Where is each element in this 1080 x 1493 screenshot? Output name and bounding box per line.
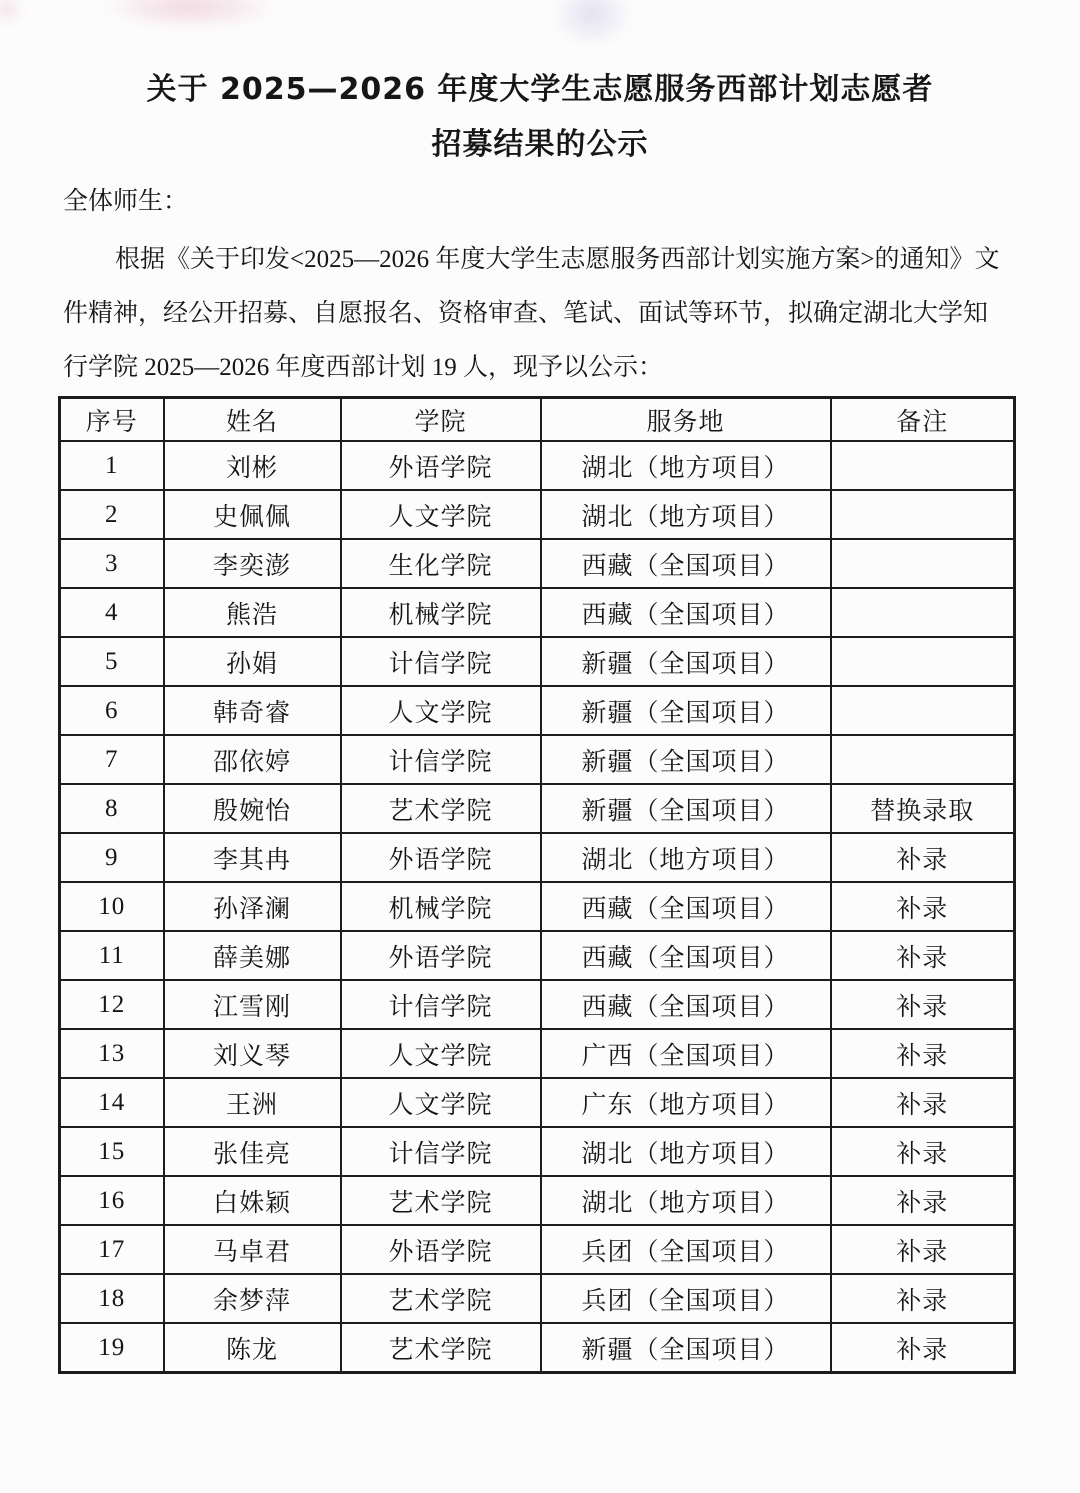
table-cell: 外语学院 (341, 931, 541, 980)
table-cell (831, 588, 1015, 637)
table-cell: 新疆（全国项目） (541, 637, 831, 686)
table-cell: 4 (60, 588, 164, 637)
table-cell: 江雪刚 (164, 980, 341, 1029)
table-cell: 替换录取 (831, 784, 1015, 833)
table-header-row: 序号姓名学院服务地备注 (60, 398, 1015, 442)
table-body: 1刘彬外语学院湖北（地方项目）2史佩佩人文学院湖北（地方项目）3李奕澎生化学院西… (60, 441, 1015, 1373)
table-row: 8殷婉怡艺术学院新疆（全国项目）替换录取 (60, 784, 1015, 833)
document-page: 关于 2025—2026 年度大学生志愿服务西部计划志愿者 招募结果的公示 全体… (0, 0, 1080, 1493)
table-cell: 14 (60, 1078, 164, 1127)
table-cell: 10 (60, 882, 164, 931)
table-cell (831, 539, 1015, 588)
table-row: 16白姝颖艺术学院湖北（地方项目）补录 (60, 1176, 1015, 1225)
table-cell: 刘义琴 (164, 1029, 341, 1078)
table-cell: 15 (60, 1127, 164, 1176)
table-cell: 艺术学院 (341, 1323, 541, 1373)
table-cell: 17 (60, 1225, 164, 1274)
table-cell: 艺术学院 (341, 1176, 541, 1225)
table-cell: 陈龙 (164, 1323, 341, 1373)
table-cell: 机械学院 (341, 588, 541, 637)
table-cell: 湖北（地方项目） (541, 1176, 831, 1225)
table-cell (831, 441, 1015, 490)
table-cell: 马卓君 (164, 1225, 341, 1274)
table-row: 10孙泽澜机械学院西藏（全国项目）补录 (60, 882, 1015, 931)
table-cell: 2 (60, 490, 164, 539)
table-cell: 19 (60, 1323, 164, 1373)
table-cell: 白姝颖 (164, 1176, 341, 1225)
table-cell: 艺术学院 (341, 1274, 541, 1323)
table-row: 5孙娟计信学院新疆（全国项目） (60, 637, 1015, 686)
table-row: 18余梦萍艺术学院兵团（全国项目）补录 (60, 1274, 1015, 1323)
table-cell: 西藏（全国项目） (541, 882, 831, 931)
table-cell: 湖北（地方项目） (541, 490, 831, 539)
table-cell: 补录 (831, 833, 1015, 882)
table-cell: 8 (60, 784, 164, 833)
table-cell: 7 (60, 735, 164, 784)
table-cell: 机械学院 (341, 882, 541, 931)
recruitment-results-table: 序号姓名学院服务地备注 1刘彬外语学院湖北（地方项目）2史佩佩人文学院湖北（地方… (58, 396, 1016, 1374)
table-cell: 计信学院 (341, 980, 541, 1029)
table-cell: 刘彬 (164, 441, 341, 490)
table-cell: 9 (60, 833, 164, 882)
table-cell: 补录 (831, 1225, 1015, 1274)
table-cell: 外语学院 (341, 833, 541, 882)
salutation: 全体师生： (63, 183, 1018, 221)
table-cell: 湖北（地方项目） (541, 833, 831, 882)
table-row: 13刘义琴人文学院广西（全国项目）补录 (60, 1029, 1015, 1078)
table-cell: 18 (60, 1274, 164, 1323)
table-cell: 薛美娜 (164, 931, 341, 980)
table-cell (831, 637, 1015, 686)
table-cell: 广东（地方项目） (541, 1078, 831, 1127)
body-paragraph-line-1: 根据《关于印发<2025—2026 年度大学生志愿服务西部计划实施方案>的通知》… (63, 233, 1022, 287)
table-cell: 计信学院 (341, 735, 541, 784)
table-cell: 补录 (831, 1323, 1015, 1373)
document-title-line2: 招募结果的公示 (0, 123, 1080, 167)
table-cell: 西藏（全国项目） (541, 588, 831, 637)
table-cell: 外语学院 (341, 441, 541, 490)
table-cell: 余梦萍 (164, 1274, 341, 1323)
table-cell: 兵团（全国项目） (541, 1274, 831, 1323)
table-cell: 新疆（全国项目） (541, 735, 831, 784)
table-cell: 人文学院 (341, 1029, 541, 1078)
table-row: 12江雪刚计信学院西藏（全国项目）补录 (60, 980, 1015, 1029)
table-cell: 12 (60, 980, 164, 1029)
table-cell: 补录 (831, 1127, 1015, 1176)
table-cell: 兵团（全国项目） (541, 1225, 831, 1274)
table-row: 1刘彬外语学院湖北（地方项目） (60, 441, 1015, 490)
table-cell: 补录 (831, 1176, 1015, 1225)
table-cell: 生化学院 (341, 539, 541, 588)
table-cell: 李其冉 (164, 833, 341, 882)
table-cell: 邵依婷 (164, 735, 341, 784)
table-cell: 西藏（全国项目） (541, 931, 831, 980)
table-row: 19陈龙艺术学院新疆（全国项目）补录 (60, 1323, 1015, 1373)
document-title-line1: 关于 2025—2026 年度大学生志愿服务西部计划志愿者 (0, 0, 1080, 112)
table-cell: 新疆（全国项目） (541, 1323, 831, 1373)
table-cell: 6 (60, 686, 164, 735)
table-row: 3李奕澎生化学院西藏（全国项目） (60, 539, 1015, 588)
column-header: 备注 (831, 398, 1015, 442)
table-cell: 11 (60, 931, 164, 980)
table-row: 6韩奇睿人文学院新疆（全国项目） (60, 686, 1015, 735)
table-cell: 补录 (831, 931, 1015, 980)
table-cell: 人文学院 (341, 490, 541, 539)
table-cell: 湖北（地方项目） (541, 441, 831, 490)
table-row: 14王洲人文学院广东（地方项目）补录 (60, 1078, 1015, 1127)
table-cell: 李奕澎 (164, 539, 341, 588)
table-cell: 熊浩 (164, 588, 341, 637)
table-cell: 1 (60, 441, 164, 490)
table-cell: 殷婉怡 (164, 784, 341, 833)
table-cell (831, 735, 1015, 784)
column-header: 序号 (60, 398, 164, 442)
table-cell (831, 686, 1015, 735)
table-cell: 广西（全国项目） (541, 1029, 831, 1078)
table-cell: 3 (60, 539, 164, 588)
table-row: 2史佩佩人文学院湖北（地方项目） (60, 490, 1015, 539)
body-paragraph-line-3: 行学院 2025—2026 年度西部计划 19 人，现予以公示： (63, 341, 1022, 395)
table-cell (831, 490, 1015, 539)
table-row: 7邵依婷计信学院新疆（全国项目） (60, 735, 1015, 784)
table-cell: 补录 (831, 1274, 1015, 1323)
table-cell: 13 (60, 1029, 164, 1078)
table-cell: 补录 (831, 882, 1015, 931)
table-row: 11薛美娜外语学院西藏（全国项目）补录 (60, 931, 1015, 980)
table-cell: 计信学院 (341, 1127, 541, 1176)
table-cell: 外语学院 (341, 1225, 541, 1274)
table-cell: 湖北（地方项目） (541, 1127, 831, 1176)
table-cell: 西藏（全国项目） (541, 539, 831, 588)
table-cell: 孙娟 (164, 637, 341, 686)
table-cell: 补录 (831, 1078, 1015, 1127)
table-row: 4熊浩机械学院西藏（全国项目） (60, 588, 1015, 637)
table-cell: 补录 (831, 1029, 1015, 1078)
column-header: 服务地 (541, 398, 831, 442)
table-cell: 16 (60, 1176, 164, 1225)
table-cell: 孙泽澜 (164, 882, 341, 931)
table-row: 9李其冉外语学院湖北（地方项目）补录 (60, 833, 1015, 882)
table-cell: 人文学院 (341, 1078, 541, 1127)
table-cell: 艺术学院 (341, 784, 541, 833)
table-cell: 新疆（全国项目） (541, 784, 831, 833)
table-cell: 补录 (831, 980, 1015, 1029)
table-cell: 计信学院 (341, 637, 541, 686)
table-cell: 张佳亮 (164, 1127, 341, 1176)
table-row: 15张佳亮计信学院湖北（地方项目）补录 (60, 1127, 1015, 1176)
body-paragraph-line-2: 件精神，经公开招募、自愿报名、资格审查、笔试、面试等环节，拟确定湖北大学知 (63, 287, 1022, 341)
table-cell: 王洲 (164, 1078, 341, 1127)
table-cell: 5 (60, 637, 164, 686)
table-cell: 西藏（全国项目） (541, 980, 831, 1029)
table-row: 17马卓君外语学院兵团（全国项目）补录 (60, 1225, 1015, 1274)
table-cell: 史佩佩 (164, 490, 341, 539)
column-header: 姓名 (164, 398, 341, 442)
table-cell: 新疆（全国项目） (541, 686, 831, 735)
table-cell: 韩奇睿 (164, 686, 341, 735)
column-header: 学院 (341, 398, 541, 442)
table-cell: 人文学院 (341, 686, 541, 735)
